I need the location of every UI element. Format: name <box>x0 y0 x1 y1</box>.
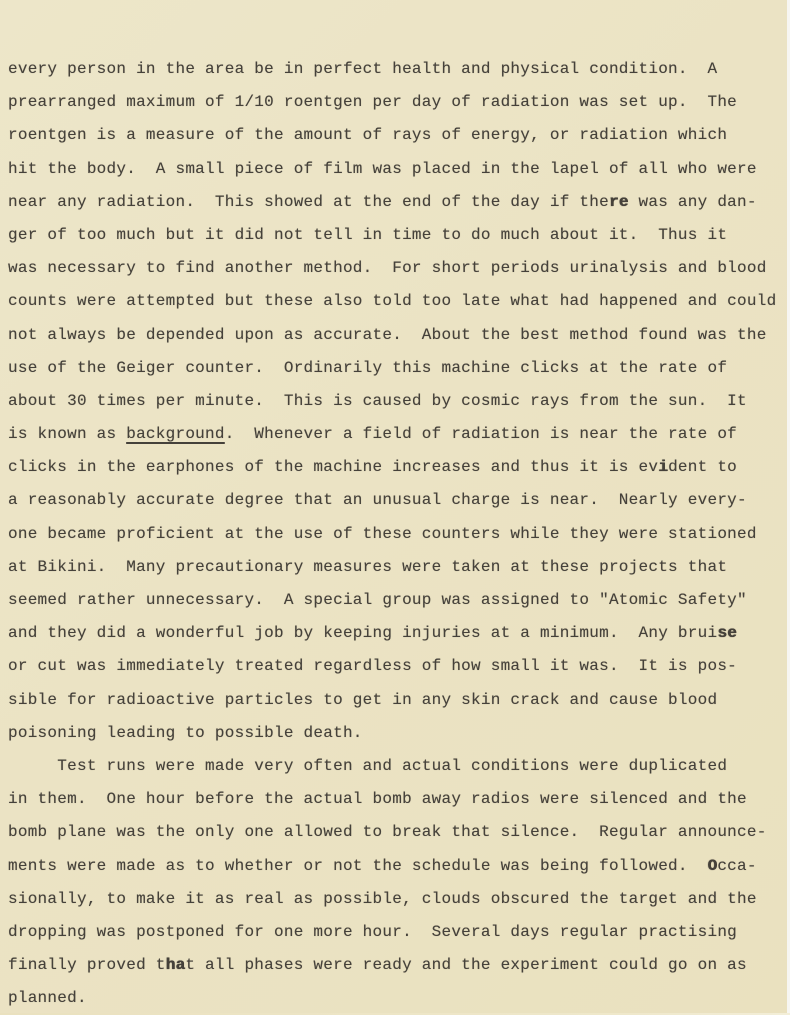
text-line: in them. One hour before the actual bomb… <box>8 783 784 816</box>
text-line: ger of too much but it did not tell in t… <box>8 219 784 252</box>
text-segment-bold: se <box>717 624 737 642</box>
text-line: ments were made as to whether or not the… <box>8 850 784 883</box>
page-text: every person in the area be in perfect h… <box>8 53 784 1015</box>
text-line: near any radiation. This showed at the e… <box>8 186 784 219</box>
text-line: one became proficient at the use of thes… <box>8 518 784 551</box>
text-line: finally proved that all phases were read… <box>8 949 784 982</box>
text-line: and they did a wonderful job by keeping … <box>8 617 784 650</box>
text-line: sionally, to make it as real as possible… <box>8 883 784 916</box>
text-segment: cca- <box>717 857 756 875</box>
text-segment: Test runs were made very often and actua… <box>8 757 727 775</box>
text-segment: every person in the area be in perfect h… <box>8 60 717 78</box>
text-segment: dent to <box>668 458 737 476</box>
text-line: not always be depended upon as accurate.… <box>8 319 784 352</box>
text-segment: bomb plane was the only one allowed to b… <box>8 823 767 841</box>
text-segment: seemed rather unnecessary. A special gro… <box>8 591 747 609</box>
text-segment: was necessary to find another method. Fo… <box>8 259 767 277</box>
text-segment: ments were made as to whether or not the… <box>8 857 707 875</box>
text-line: roentgen is a measure of the amount of r… <box>8 119 784 152</box>
text-segment: t all phases were ready and the experime… <box>185 956 747 974</box>
text-line: seemed rather unnecessary. A special gro… <box>8 584 784 617</box>
text-segment: was any dan- <box>629 193 757 211</box>
text-segment: sionally, to make it as real as possible… <box>8 890 757 908</box>
text-segment-bold: re <box>609 193 629 211</box>
text-segment: roentgen is a measure of the amount of r… <box>8 126 727 144</box>
text-segment: poisoning leading to possible death. <box>8 724 363 742</box>
text-line: sible for radioactive particles to get i… <box>8 684 784 717</box>
text-segment: and they did a wonderful job by keeping … <box>8 624 717 642</box>
text-line: or cut was immediately treated regardles… <box>8 650 784 683</box>
text-segment: counts were attempted but these also tol… <box>8 292 776 310</box>
text-segment: ger of too much but it did not tell in t… <box>8 226 727 244</box>
text-line: every person in the area be in perfect h… <box>8 53 784 86</box>
text-line: at Bikini. Many precautionary measures w… <box>8 551 784 584</box>
text-segment: hit the body. A small piece of film was … <box>8 160 757 178</box>
text-line: prearranged maximum of 1/10 roentgen per… <box>8 86 784 119</box>
text-line: dropping was postponed for one more hour… <box>8 916 784 949</box>
text-line: hit the body. A small piece of film was … <box>8 153 784 186</box>
text-segment: dropping was postponed for one more hour… <box>8 923 737 941</box>
text-line: poisoning leading to possible death. <box>8 717 784 750</box>
text-segment-underline: background <box>126 425 225 443</box>
text-line: is known as background. Whenever a field… <box>8 418 784 451</box>
text-line: about 30 times per minute. This is cause… <box>8 385 784 418</box>
text-segment: one became proficient at the use of thes… <box>8 525 757 543</box>
text-line: bomb plane was the only one allowed to b… <box>8 816 784 849</box>
text-segment: is known as <box>8 425 126 443</box>
text-segment-bold: i <box>658 458 668 476</box>
text-segment: in them. One hour before the actual bomb… <box>8 790 747 808</box>
text-segment-bold: ha <box>166 956 186 974</box>
document-page: { "document": { "type": "typewritten-pag… <box>0 0 790 1015</box>
text-line: counts were attempted but these also tol… <box>8 285 784 318</box>
text-segment: sible for radioactive particles to get i… <box>8 691 717 709</box>
text-line: clicks in the earphones of the machine i… <box>8 451 784 484</box>
text-line: was necessary to find another method. Fo… <box>8 252 784 285</box>
text-segment: or cut was immediately treated regardles… <box>8 657 737 675</box>
text-line: use of the Geiger counter. Ordinarily th… <box>8 352 784 385</box>
text-segment: a reasonably accurate degree that an unu… <box>8 491 747 509</box>
text-segment: finally proved t <box>8 956 166 974</box>
text-segment: use of the Geiger counter. Ordinarily th… <box>8 359 727 377</box>
text-line: planned. <box>8 982 784 1015</box>
text-segment: at Bikini. Many precautionary measures w… <box>8 558 727 576</box>
text-segment: planned. <box>8 989 87 1007</box>
text-segment: . Whenever a field of radiation is near … <box>225 425 737 443</box>
text-segment-bold: O <box>707 857 717 875</box>
text-segment: prearranged maximum of 1/10 roentgen per… <box>8 93 737 111</box>
text-line: Test runs were made very often and actua… <box>8 750 784 783</box>
text-segment: clicks in the earphones of the machine i… <box>8 458 658 476</box>
text-segment: about 30 times per minute. This is cause… <box>8 392 747 410</box>
text-segment: near any radiation. This showed at the e… <box>8 193 609 211</box>
text-line: a reasonably accurate degree that an unu… <box>8 484 784 517</box>
text-segment: not always be depended upon as accurate.… <box>8 326 767 344</box>
